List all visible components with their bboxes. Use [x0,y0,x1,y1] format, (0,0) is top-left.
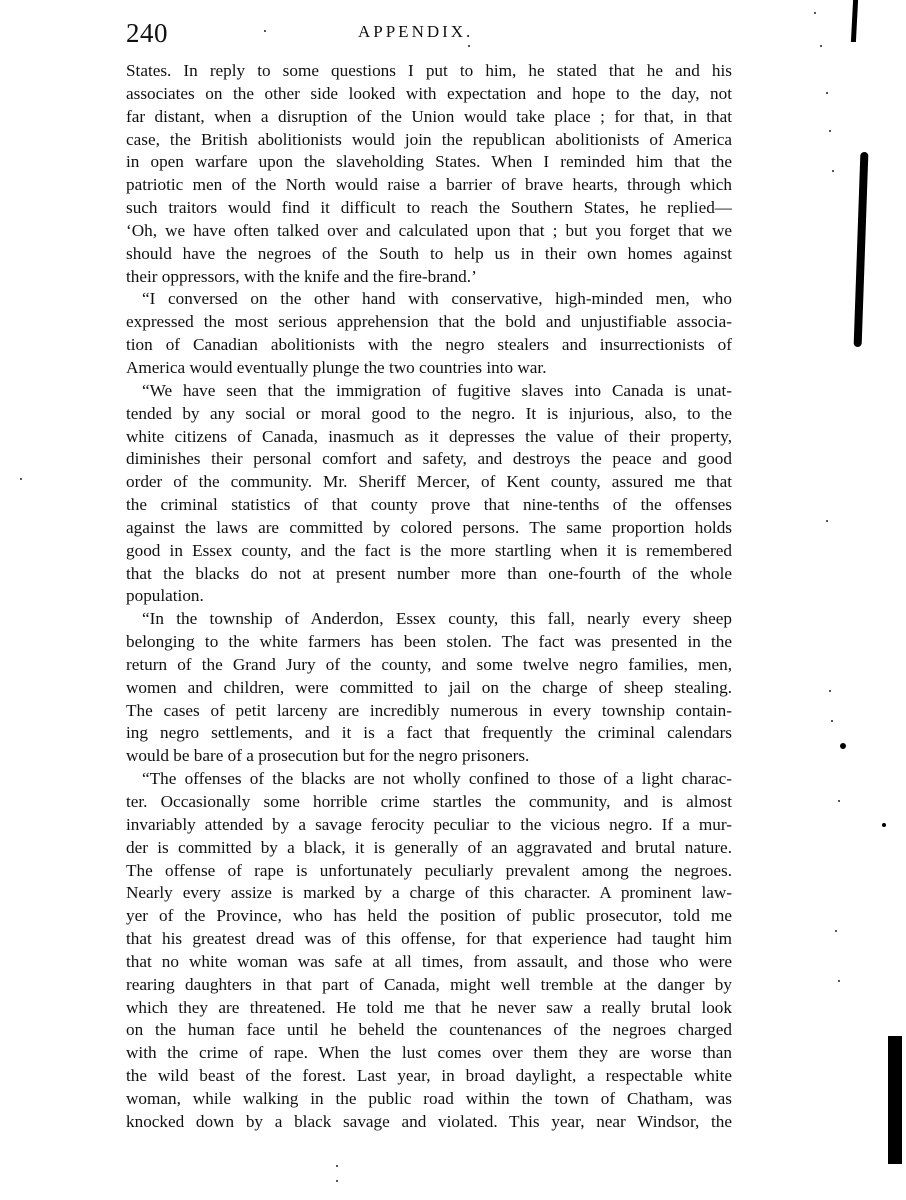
text-line: ‘Oh, we have often talked over and calcu… [126,220,732,243]
text-line: tion of Canadian abolitionists with the … [126,334,732,357]
text-line: The offense of rape is unfortunately pec… [126,860,732,883]
text-line: against the laws are committed by colore… [126,517,732,540]
text-line: the criminal statistics of that county p… [126,494,732,517]
text-line: The cases of petit larceny are incredibl… [126,700,732,723]
scan-artifact-speck [835,930,837,932]
text-line: that no white woman was safe at all time… [126,951,732,974]
text-line: case, the British abolitionists would jo… [126,129,732,152]
text-line: diminishes their personal comfort and sa… [126,448,732,471]
scan-artifact-speck [826,520,828,522]
text-line: belonging to the white farmers has been … [126,631,732,654]
text-line: America would eventually plunge the two … [126,357,732,380]
text-line: yer of the Province, who has held the po… [126,905,732,928]
text-line: tended by any social or moral good to th… [126,403,732,426]
text-line: good in Essex county, and the fact is th… [126,540,732,563]
scan-artifact-speck [264,30,266,32]
text-line: that his greatest dread was of this offe… [126,928,732,951]
scan-artifact-speck [831,720,833,722]
scan-artifact-speck [829,130,831,132]
text-line: patriotic men of the North would raise a… [126,174,732,197]
text-line: which they are threatened. He told me th… [126,997,732,1020]
text-line: that the blacks do not at present number… [126,563,732,586]
text-line: population. [126,585,732,608]
text-line: expressed the most serious apprehension … [126,311,732,334]
text-line: invariably attended by a savage ferocity… [126,814,732,837]
scan-artifact-speck [468,45,470,47]
scan-artifact-mark [854,152,869,347]
text-line: should have the negroes of the South to … [126,243,732,266]
text-line: “The offenses of the blacks are not whol… [126,768,732,791]
text-line: such traitors would find it difficult to… [126,197,732,220]
page-number: 240 [126,18,168,49]
scan-artifact-speck [820,45,822,47]
text-line: white citizens of Canada, inasmuch as it… [126,426,732,449]
text-line: woman, while walking in the public road … [126,1088,732,1111]
running-head: APPENDIX. [358,22,473,42]
scan-artifact-speck [814,12,816,14]
scan-artifact-speck [336,1180,338,1182]
text-line: “We have seen that the immigration of fu… [126,380,732,403]
text-line: in open warfare upon the slaveholding St… [126,151,732,174]
text-line: knocked down by a black savage and viola… [126,1111,732,1134]
body-text: States. In reply to some questions I put… [126,60,732,1134]
scan-artifact-speck [20,478,22,480]
scan-artifact-mark [888,1036,902,1164]
scan-artifact-speck [336,1165,338,1167]
text-line: would be bare of a prosecution but for t… [126,745,732,768]
text-line: “I conversed on the other hand with cons… [126,288,732,311]
text-line: the wild beast of the forest. Last year,… [126,1065,732,1088]
scan-artifact-speck [838,800,840,802]
text-line: States. In reply to some questions I put… [126,60,732,83]
scan-artifact-mark [851,0,858,42]
text-line: women and children, were committed to ja… [126,677,732,700]
text-line: on the human face until he beheld the co… [126,1019,732,1042]
text-line: ing negro settlements, and it is a fact … [126,722,732,745]
scan-artifact-dot [882,823,886,827]
text-line: ter. Occasionally some horrible crime st… [126,791,732,814]
scan-artifact-speck [832,170,834,172]
text-line: Nearly every assize is marked by a charg… [126,882,732,905]
text-line: far distant, when a disruption of the Un… [126,106,732,129]
scan-artifact-speck [829,690,831,692]
text-line: rearing daughters in that part of Canada… [126,974,732,997]
scan-artifact-speck [826,92,828,94]
scan-artifact-dot [840,743,846,749]
text-line: associates on the other side looked with… [126,83,732,106]
text-line: return of the Grand Jury of the county, … [126,654,732,677]
scan-artifact-speck [838,980,840,982]
page-header: 240 APPENDIX. [126,18,732,52]
text-line: their oppressors, with the knife and the… [126,266,732,289]
text-line: with the crime of rape. When the lust co… [126,1042,732,1065]
text-line: order of the community. Mr. Sheriff Merc… [126,471,732,494]
text-line: “In the township of Anderdon, Essex coun… [126,608,732,631]
text-line: der is committed by a black, it is gener… [126,837,732,860]
